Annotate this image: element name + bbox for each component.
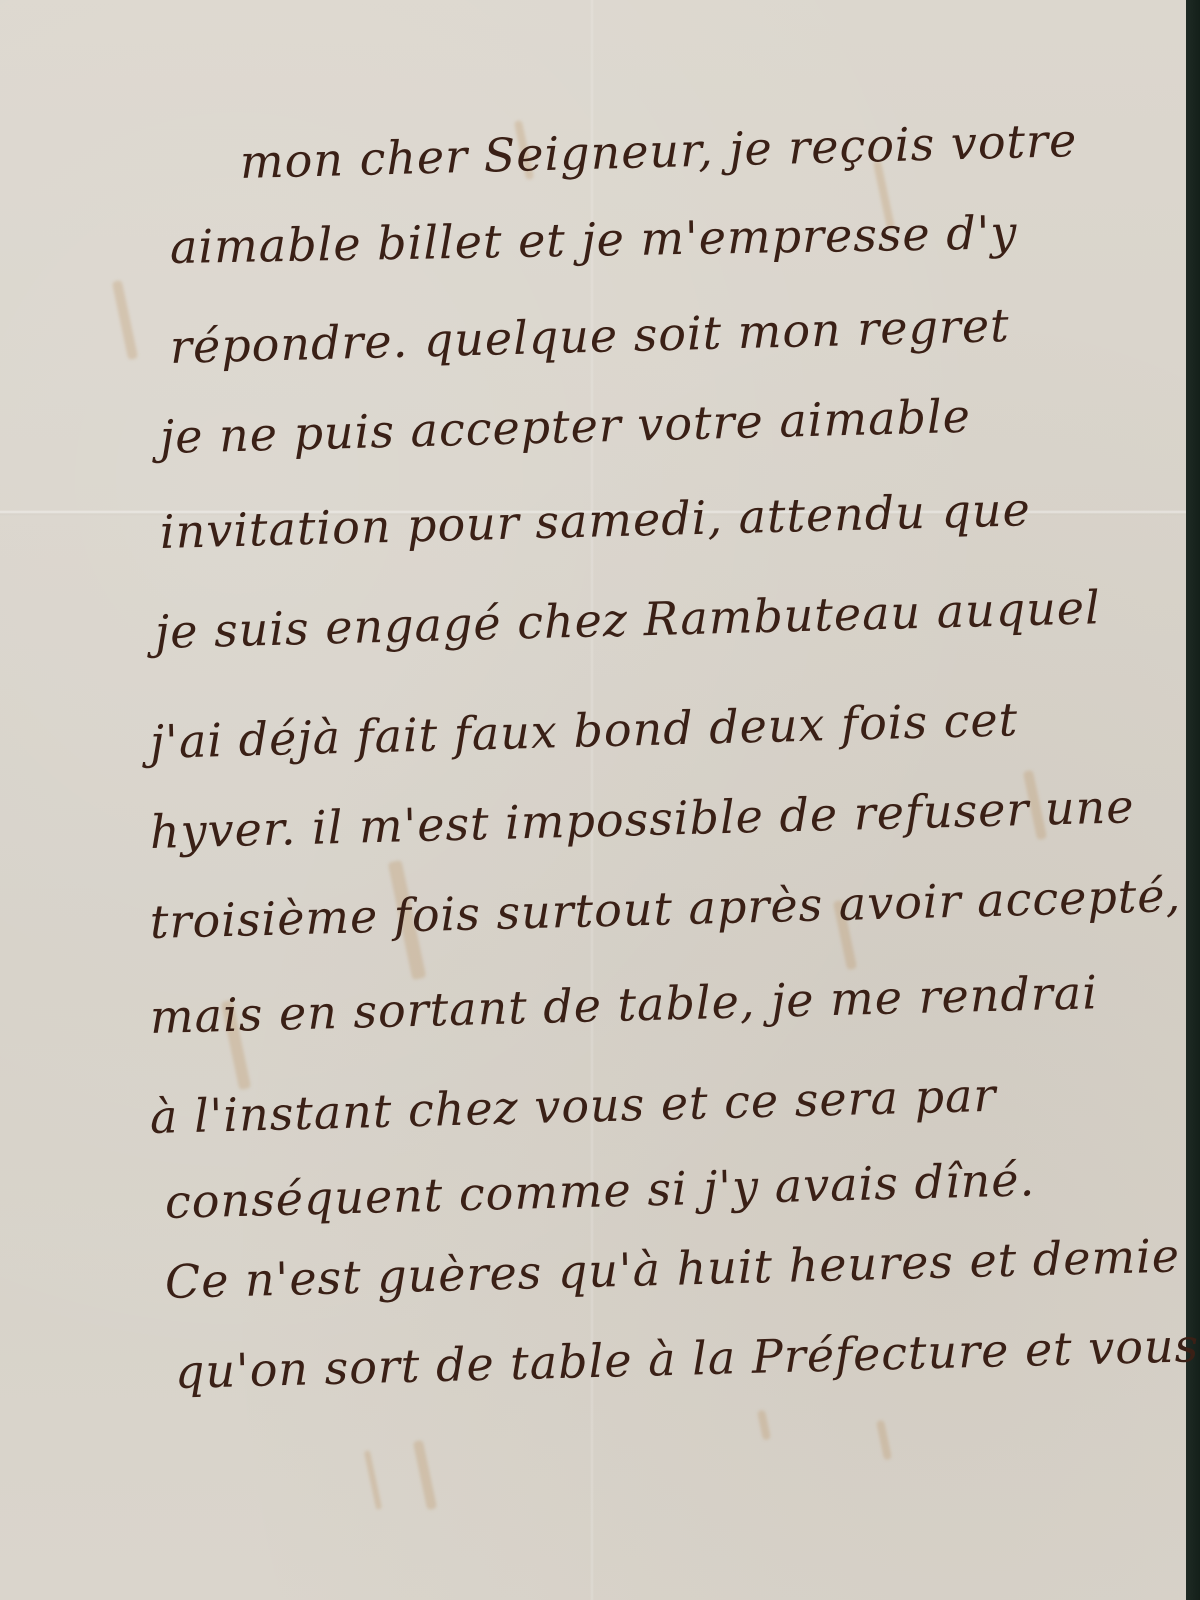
letter-body: mon cher Seigneur, je reçois votre aimab… [0, 0, 1186, 1600]
letter-line: j'ai déjà fait faux bond deux fois cet [149, 692, 1019, 769]
letter-line: mais en sortant de table, je me rendrai [149, 965, 1098, 1044]
letter-line: troisième fois surtout après avoir accep… [149, 868, 1181, 949]
letter-line: conséquent comme si j'y avais dîné. [164, 1152, 1035, 1229]
letter-line: mon cher Seigneur, je reçois votre [239, 113, 1078, 189]
letter-line: je suis engagé chez Rambuteau auquel [154, 580, 1101, 659]
letter-line: invitation pour samedi, attendu que [159, 482, 1031, 559]
letter-line: qu'on sort de table à la Préfecture et v… [174, 1318, 1200, 1399]
letter-line: je ne puis accepter votre aimable [159, 389, 971, 464]
letter-photograph: mon cher Seigneur, je reçois votre aimab… [0, 0, 1200, 1600]
letter-line: Ce n'est guères qu'à huit heures et demi… [164, 1228, 1180, 1309]
letter-line: répondre. quelque soit mon regret [169, 298, 1010, 374]
letter-line: aimable billet et je m'empresse d'y [170, 205, 1018, 274]
letter-line: hyver. il m'est impossible de refuser un… [149, 779, 1135, 859]
letter-line: à l'instant chez vous et ce sera par [149, 1068, 997, 1144]
